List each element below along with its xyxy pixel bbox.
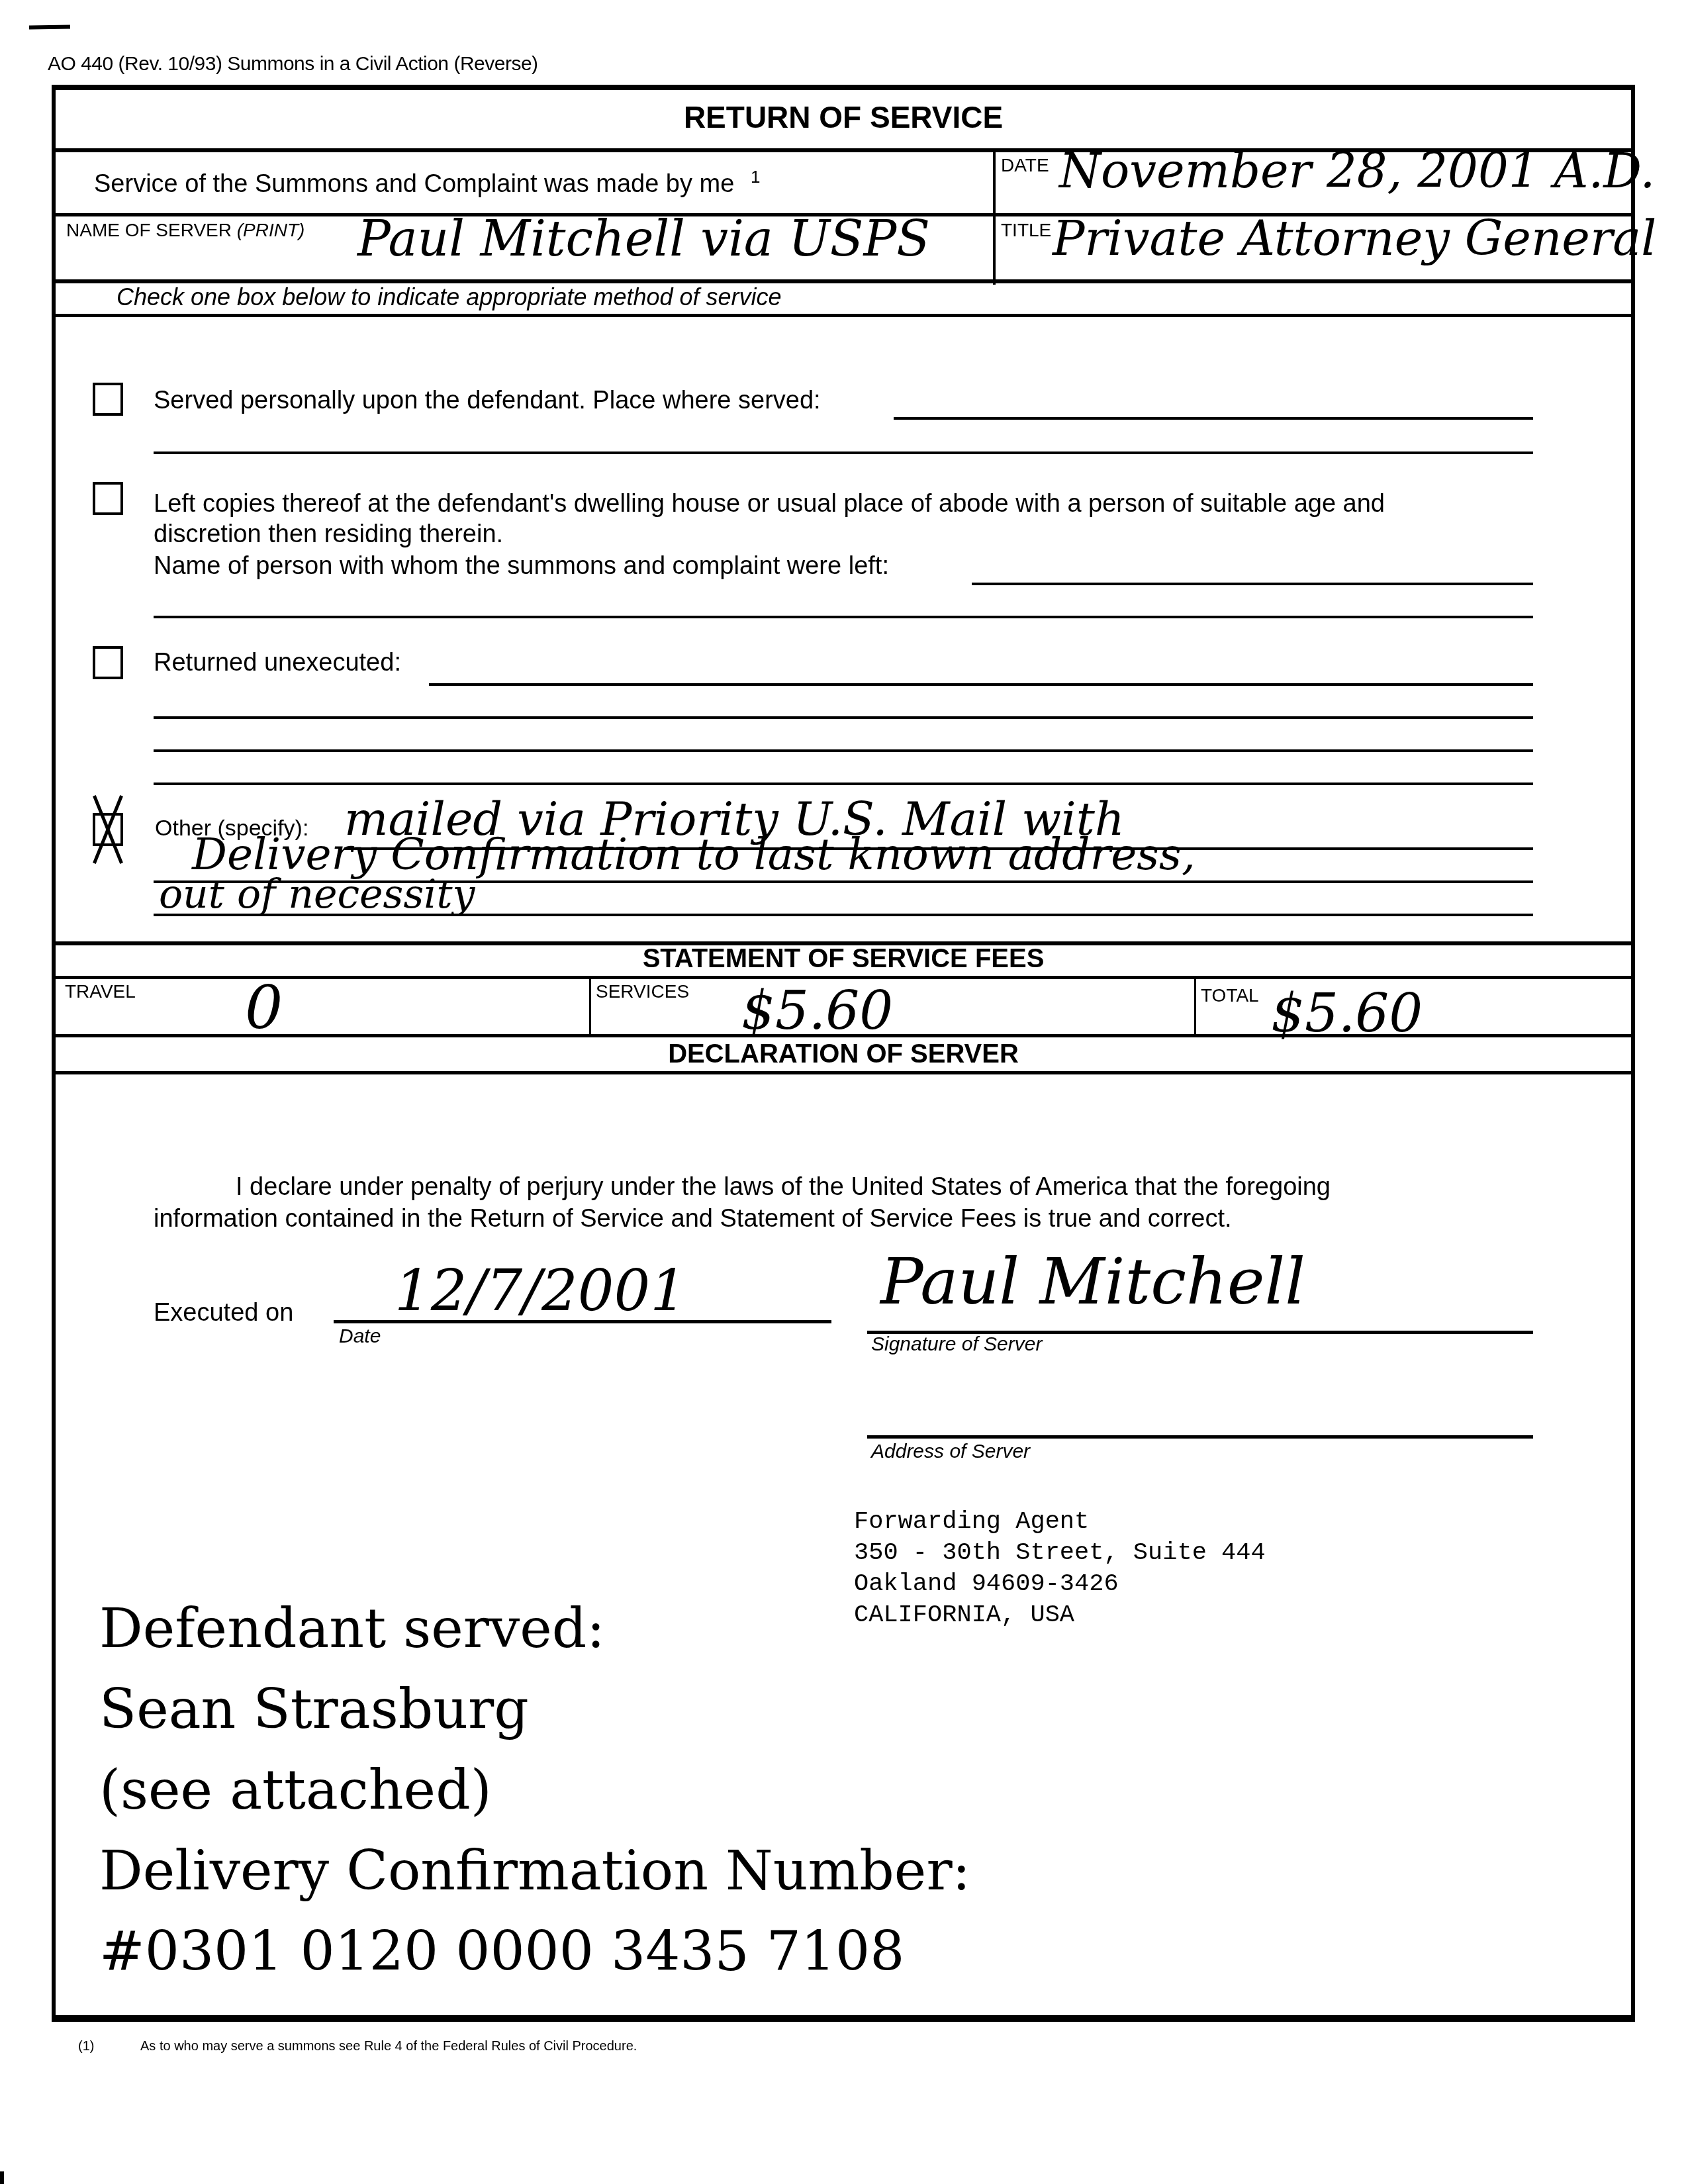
services-field[interactable]: $5.60 xyxy=(741,980,893,1041)
services-label: SERVICES xyxy=(596,981,689,1002)
date-field[interactable]: November 28, 2001 A.D. xyxy=(1059,143,1655,199)
footnote-marker-text: (1) xyxy=(78,2039,94,2054)
date-caption: Date xyxy=(339,1325,381,1348)
returned-unexecuted-line-1[interactable] xyxy=(429,683,1533,686)
note-line-5: #0301 0120 0000 3435 7108 xyxy=(99,1912,970,1993)
note-line-2: Sean Strasburg xyxy=(99,1670,970,1750)
divider xyxy=(56,976,1631,979)
signature-field[interactable]: Paul Mitchell xyxy=(880,1245,1305,1319)
return-of-service-title: RETURN OF SERVICE xyxy=(56,99,1631,135)
divider xyxy=(56,1071,1631,1074)
other-checkbox[interactable] xyxy=(93,813,123,846)
left-copies-checkbox[interactable] xyxy=(93,482,123,515)
returned-unexecuted-line-2[interactable] xyxy=(154,716,1533,719)
divider xyxy=(56,314,1631,317)
travel-field[interactable]: 0 xyxy=(245,973,283,1043)
travel-label: TRAVEL xyxy=(65,981,136,1002)
form-id: AO 440 (Rev. 10/93) Summons in a Civil A… xyxy=(48,53,538,75)
served-personally-label: Served personally upon the defendant. Pl… xyxy=(154,387,821,415)
footnote-text: As to who may serve a summons see Rule 4… xyxy=(140,2039,637,2054)
title-label: TITLE xyxy=(1001,220,1051,241)
scan-mark xyxy=(29,24,70,29)
handwritten-note: Defendant served: Sean Strasburg (see at… xyxy=(99,1589,970,1993)
left-copies-label-2: discretion then residing therein. xyxy=(154,520,503,549)
returned-unexecuted-checkbox[interactable] xyxy=(93,646,123,679)
date-label: DATE xyxy=(1001,155,1049,176)
other-line-3 xyxy=(154,914,1533,916)
executed-date-line xyxy=(334,1320,831,1323)
method-instruction: Check one box below to indicate appropri… xyxy=(117,283,782,311)
title-field[interactable]: Private Attorney General xyxy=(1053,211,1656,266)
note-line-1: Defendant served: xyxy=(99,1589,970,1670)
address-caption: Address of Server xyxy=(871,1441,1030,1463)
declaration-text-1: I declare under penalty of perjury under… xyxy=(236,1173,1331,1202)
total-label: TOTAL xyxy=(1201,985,1259,1006)
signature-caption: Signature of Server xyxy=(871,1333,1042,1356)
person-left-with-line-2[interactable] xyxy=(154,616,1533,618)
served-personally-checkbox[interactable] xyxy=(93,383,123,416)
place-served-line-2[interactable] xyxy=(154,451,1533,454)
address-line xyxy=(867,1435,1533,1439)
left-copies-label-1: Left copies thereof at the defendant's d… xyxy=(154,490,1385,518)
scan-mark xyxy=(0,2171,4,2184)
returned-unexecuted-line-4[interactable] xyxy=(154,783,1533,785)
service-statement-text: Service of the Summons and Complaint was… xyxy=(94,170,734,198)
footnote-marker: 1 xyxy=(751,167,760,187)
executed-on-label: Executed on xyxy=(154,1299,293,1327)
note-line-4: Delivery Confirmation Number: xyxy=(99,1831,970,1912)
note-line-3: (see attached) xyxy=(99,1750,970,1831)
divider xyxy=(993,151,996,285)
server-name-field[interactable]: Paul Mitchell via USPS xyxy=(357,211,930,267)
other-specify-line-3[interactable]: out of necessity xyxy=(159,871,475,918)
executed-date-field[interactable]: 12/7/2001 xyxy=(395,1258,686,1324)
server-name-label: NAME OF SERVER (PRINT) xyxy=(66,220,305,241)
divider xyxy=(1194,978,1196,1035)
declaration-text-2: information contained in the Return of S… xyxy=(154,1205,1232,1233)
place-served-line-1[interactable] xyxy=(894,417,1533,420)
divider xyxy=(56,1034,1631,1037)
returned-unexecuted-line-3[interactable] xyxy=(154,749,1533,752)
left-copies-label-3: Name of person with whom the summons and… xyxy=(154,552,889,581)
declaration-title: DECLARATION OF SERVER xyxy=(56,1039,1631,1069)
address-line-2: 350 - 30th Street, Suite 444 xyxy=(854,1538,1266,1569)
returned-unexecuted-label: Returned unexecuted: xyxy=(154,649,401,677)
service-fees-title: STATEMENT OF SERVICE FEES xyxy=(56,944,1631,974)
divider xyxy=(589,978,591,1034)
person-left-with-line-1[interactable] xyxy=(972,583,1533,585)
address-line-1: Forwarding Agent xyxy=(854,1507,1266,1538)
service-statement: Service of the Summons and Complaint was… xyxy=(94,167,760,199)
